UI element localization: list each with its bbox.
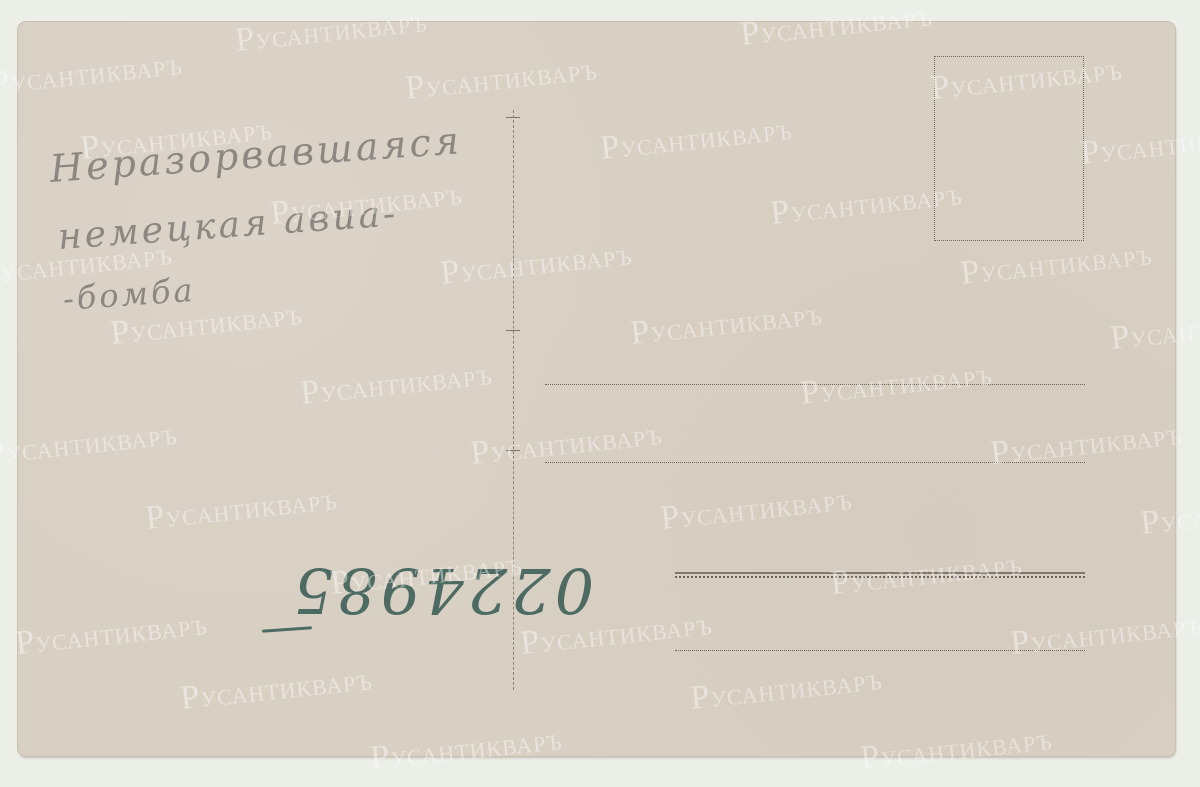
address-line-2 [545, 462, 1085, 463]
pencil-note-line-3: -бомба [62, 271, 197, 318]
pencil-note-line-2: немецкая авиа- [57, 193, 400, 258]
postcard-back: Неразорвавшаяся немецкая авиа- -бомба [18, 22, 1175, 756]
divider-tick [506, 117, 520, 118]
inventory-number: 0224985 [262, 545, 622, 635]
address-line-3 [675, 572, 1085, 574]
address-line-4 [675, 650, 1085, 651]
pencil-note-line-1: Неразорвавшаяся [48, 118, 463, 191]
stamp-box [934, 56, 1084, 241]
divider-tick [506, 330, 520, 331]
divider-tick [506, 450, 520, 451]
address-line-1 [545, 384, 1085, 385]
